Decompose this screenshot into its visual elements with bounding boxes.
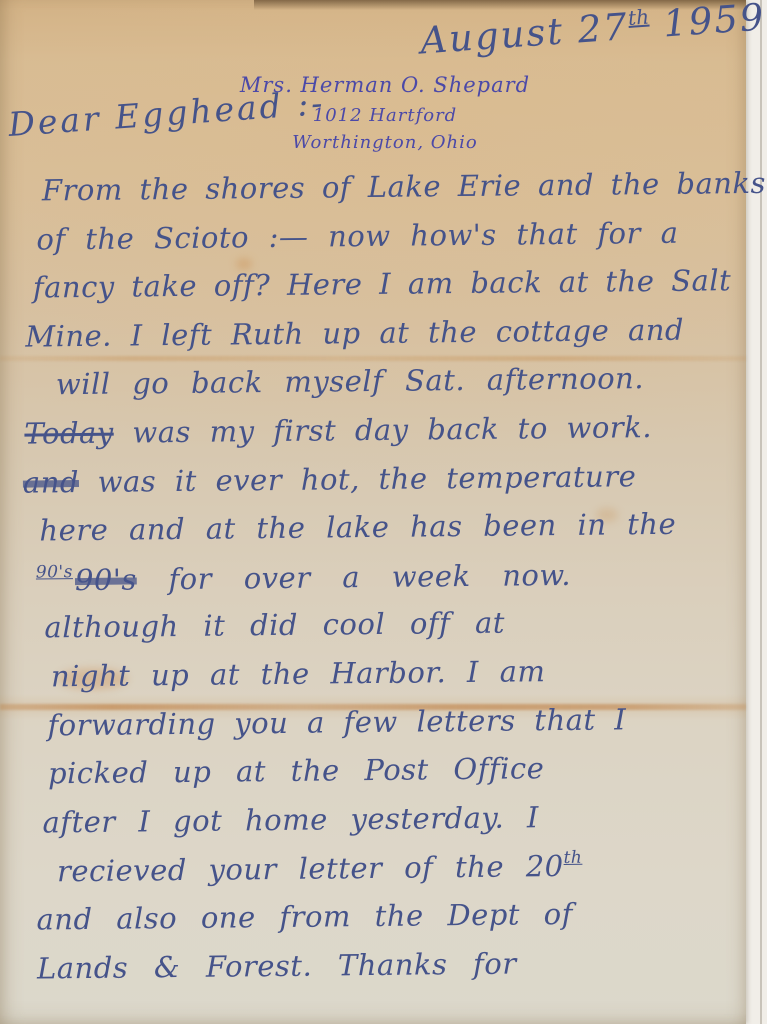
letter-line: Mine. I left Ruth up at the cottage and <box>25 312 737 368</box>
date-ordinal-suffix: th <box>627 5 650 30</box>
letter-line: From the shores of Lake Erie and the ban… <box>42 166 736 222</box>
letter-line: Lands & Forest. Thanks for <box>37 944 744 1000</box>
handwritten-text: fancy take off? Here I am back at the Sa… <box>33 263 732 304</box>
handwritten-text: will go back myself Sat. afternoon. <box>56 361 644 401</box>
letter-line: here and at the lake has been in the <box>39 506 739 562</box>
handwritten-text: From the shores of Lake Erie and the ban… <box>42 166 766 208</box>
scribbled-out-word: 90's <box>75 562 137 597</box>
handwritten-text: was my first day back to work. <box>114 410 653 450</box>
letter-line: fancy take off? Here I am back at the Sa… <box>33 263 737 319</box>
date-prefix: August 27 <box>419 5 630 62</box>
letter-body: From the shores of Lake Erie and the ban… <box>0 166 744 1000</box>
letter-line: will go back myself Sat. afternoon. <box>56 361 738 417</box>
handwritten-text: Mine. I left Ruth up at the cottage and <box>25 312 684 353</box>
letter-line: 90's90's for over a week now. <box>36 555 740 611</box>
date-year: 1959 <box>648 0 767 46</box>
handwritten-text: Lands & Forest. Thanks for <box>37 946 517 985</box>
handwritten-text: picked up at the Post Office <box>48 751 545 790</box>
letter-line: and was it ever hot, the temperature <box>23 458 739 514</box>
handwritten-text: and also one from the Dept of <box>36 897 573 937</box>
handwritten-text: was it ever hot, the temperature <box>79 459 637 499</box>
letter-line: forwarding you a few letters that I <box>47 701 741 757</box>
handwritten-text: night up at the Harbor. I am <box>51 654 546 693</box>
handwritten-text: of the Scioto :— now how's that for a <box>36 215 678 256</box>
handwritten-text: for over a week now. <box>137 558 572 597</box>
letter-line: although it did cool off at <box>44 603 740 659</box>
letter-line: and also one from the Dept of <box>36 895 743 951</box>
handwritten-text: recieved your letter of the 20 <box>57 849 564 888</box>
letter-line: recieved your letter of the 20th <box>57 846 743 902</box>
letter-paper: August 27th 1959 Mrs. Herman O. Shepard … <box>0 0 746 1024</box>
handwritten-text: forwarding you a few letters that I <box>47 702 626 742</box>
superscript-text: th <box>563 848 582 868</box>
handwritten-text: after I got home yesterday. I <box>42 800 539 839</box>
letter-line: of the Scioto :— now how's that for a <box>36 215 736 271</box>
background-seam <box>760 0 762 1024</box>
letter-line: night up at the Harbor. I am <box>51 652 741 708</box>
letterhead-city: Worthington, Ohio <box>205 129 565 156</box>
handwritten-text: here and at the lake has been in the <box>39 507 676 548</box>
letter-line: picked up at the Post Office <box>48 749 742 805</box>
struck-word: Today <box>24 416 114 451</box>
letter-line: Today was my first day back to work. <box>24 409 738 465</box>
scribbled-out-word: and <box>23 465 79 500</box>
superscript-text: 90's <box>36 562 73 582</box>
letter-line: after I got home yesterday. I <box>42 798 742 854</box>
handwritten-text: although it did cool off at <box>44 606 505 645</box>
letter-scan: August 27th 1959 Mrs. Herman O. Shepard … <box>0 0 767 1024</box>
